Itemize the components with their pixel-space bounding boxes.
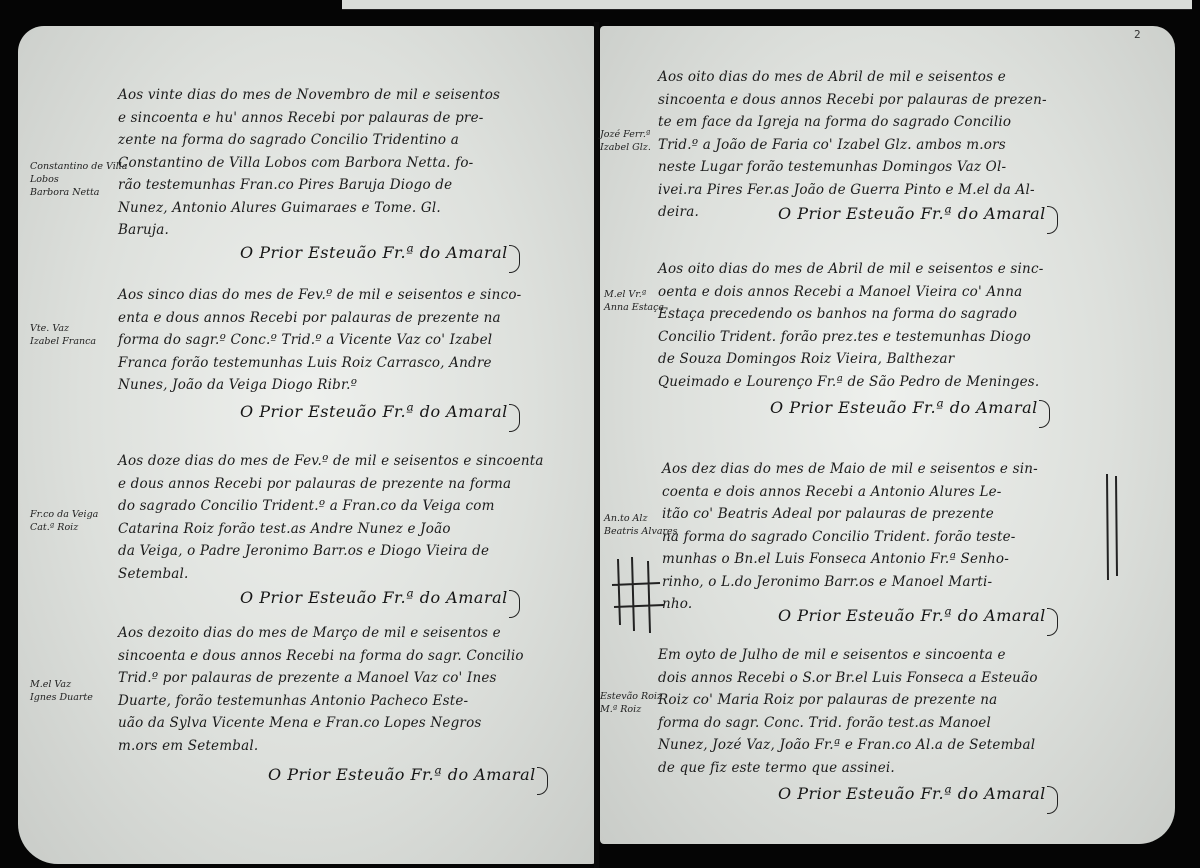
entry-line: m.ors em Setembal. <box>118 735 524 758</box>
margin-note-line: Vte. Vaz <box>30 322 96 335</box>
margin-note: Vte. Vaz Izabel Franca <box>30 322 96 348</box>
margin-note: Fr.co da Veiga Cat.ª Roiz <box>30 508 98 534</box>
margin-note-line: Barbora Netta <box>30 186 128 199</box>
entry-line: Trid.º por palauras de prezente a Manoel… <box>118 667 524 690</box>
entry-line: Nunez, Jozé Vaz, João Fr.ª e Fran.co Al.… <box>658 734 1038 757</box>
entry-line: Em oyto de Julho de mil e seisentos e si… <box>658 644 1038 667</box>
signature: O Prior Esteuão Fr.ª do Amaral <box>240 588 508 607</box>
entry-line: zente na forma do sagrado Concilio Tride… <box>118 129 500 152</box>
margin-note: M.el Vr.ª Anna Estaça <box>604 288 664 314</box>
entry-line: dois annos Recebi o S.or Br.el Luis Fons… <box>658 667 1038 690</box>
margin-note-line: Estevão Roiz <box>600 690 662 703</box>
entry-line: do sagrado Concilio Trident.º a Fran.co … <box>118 495 544 518</box>
margin-note-line: Jozé Ferr.ª <box>600 128 651 141</box>
entry-line: Baruja. <box>118 219 500 242</box>
margin-note: Constantino de Villa Lobos Barbora Netta <box>30 160 128 199</box>
margin-note-line: Lobos <box>30 173 128 186</box>
entry-line: Nunes, João da Veiga Diogo Ribr.º <box>118 374 521 397</box>
entry-line: munhas o Bn.el Luis Fonseca Antonio Fr.ª… <box>662 548 1038 571</box>
entry-line: Aos oito dias do mes de Abril de mil e s… <box>658 258 1043 281</box>
register-entry: Aos sinco dias do mes de Fev.º de mil e … <box>118 284 521 397</box>
entry-line: Trid.º a João de Faria co' Izabel Glz. a… <box>658 134 1047 157</box>
entry-line: Aos dezoito dias do mes de Março de mil … <box>118 622 524 645</box>
register-entry: Aos vinte dias do mes de Novembro de mil… <box>118 84 500 242</box>
register-entry: Aos dez dias do mes de Maio de mil e sei… <box>662 458 1038 616</box>
entry-line: Aos sinco dias do mes de Fev.º de mil e … <box>118 284 521 307</box>
entry-line: Duarte, forão testemunhas Antonio Pachec… <box>118 690 524 713</box>
entry-line: te em face da Igreja na forma do sagrado… <box>658 111 1047 134</box>
register-entry: Aos oito dias do mes de Abril de mil e s… <box>658 66 1047 224</box>
signature: O Prior Esteuão Fr.ª do Amaral <box>240 243 508 262</box>
entry-line: rão testemunhas Fran.co Pires Baruja Dio… <box>118 174 500 197</box>
margin-note-line: Constantino de Villa <box>30 160 128 173</box>
margin-note: Jozé Ferr.ª Izabel Glz. <box>600 128 651 154</box>
double-bar-mark <box>1103 472 1121 582</box>
entry-line: rinho, o L.do Jeronimo Barr.os e Manoel … <box>662 571 1038 594</box>
margin-note-line: M.ª Roiz <box>600 703 662 716</box>
entry-line: forma do sagr.º Conc.º Trid.º a Vicente … <box>118 329 521 352</box>
margin-note-line: Fr.co da Veiga <box>30 508 98 521</box>
signature: O Prior Esteuão Fr.ª do Amaral <box>778 606 1046 625</box>
entry-line: da Veiga, o Padre Jeronimo Barr.os e Dio… <box>118 540 544 563</box>
signature: O Prior Esteuão Fr.ª do Amaral <box>770 398 1038 417</box>
entry-line: Estaça precedendo os banhos na forma do … <box>658 303 1043 326</box>
scan-top-strip <box>342 0 1192 10</box>
entry-line: uão da Sylva Vicente Mena e Fran.co Lope… <box>118 712 524 735</box>
margin-note-line: Anna Estaça <box>604 301 664 314</box>
signature: O Prior Esteuão Fr.ª do Amaral <box>240 402 508 421</box>
signature: O Prior Esteuão Fr.ª do Amaral <box>778 784 1046 803</box>
entry-line: Franca forão testemunhas Luis Roiz Carra… <box>118 352 521 375</box>
margin-note-line: Ignes Duarte <box>30 691 93 704</box>
entry-line: de Souza Domingos Roiz Vieira, Balthezar <box>658 348 1043 371</box>
entry-line: enta e dous annos Recebi por palauras de… <box>118 307 521 330</box>
entry-line: Concilio Trident. forão prez.tes e teste… <box>658 326 1043 349</box>
margin-note-line: M.el Vr.ª <box>604 288 664 301</box>
entry-line: Aos doze dias do mes de Fev.º de mil e s… <box>118 450 544 473</box>
margin-note-line: Izabel Glz. <box>600 141 651 154</box>
entry-line: forma do sagr. Conc. Trid. forão test.as… <box>658 712 1038 735</box>
margin-note-line: M.el Vaz <box>30 678 93 691</box>
page-number: 2 <box>1134 28 1141 41</box>
entry-line: Aos dez dias do mes de Maio de mil e sei… <box>662 458 1038 481</box>
entry-line: na forma do sagrado Concilio Trident. fo… <box>662 526 1038 549</box>
entry-line: neste Lugar forão testemunhas Domingos V… <box>658 156 1047 179</box>
entry-line: Setembal. <box>118 563 544 586</box>
entry-line: itão co' Beatris Adeal por palauras de p… <box>662 503 1038 526</box>
entry-line: de que fiz este termo que assinei. <box>658 757 1038 780</box>
entry-line: Aos vinte dias do mes de Novembro de mil… <box>118 84 500 107</box>
entry-line: Catarina Roiz forão test.as Andre Nunez … <box>118 518 544 541</box>
tally-grid-mark <box>610 555 666 635</box>
entry-line: coenta e dois annos Recebi a Antonio Alu… <box>662 481 1038 504</box>
entry-line: sincoenta e dous annos Recebi por palaur… <box>658 89 1047 112</box>
book-gutter <box>594 22 599 868</box>
margin-note-line: Izabel Franca <box>30 335 96 348</box>
entry-line: Nunez, Antonio Alures Guimaraes e Tome. … <box>118 197 500 220</box>
entry-line: oenta e dois annos Recebi a Manoel Vieir… <box>658 281 1043 304</box>
signature: O Prior Esteuão Fr.ª do Amaral <box>778 204 1046 223</box>
entry-line: Constantino de Villa Lobos com Barbora N… <box>118 152 500 175</box>
margin-note: Estevão Roiz M.ª Roiz <box>600 690 662 716</box>
entry-line: e sincoenta e hu' annos Recebi por palau… <box>118 107 500 130</box>
margin-note-line: Cat.ª Roiz <box>30 521 98 534</box>
signature: O Prior Esteuão Fr.ª do Amaral <box>268 765 536 784</box>
register-entry: Aos dezoito dias do mes de Março de mil … <box>118 622 524 757</box>
entry-line: Roiz co' Maria Roiz por palauras de prez… <box>658 689 1038 712</box>
register-entry: Aos oito dias do mes de Abril de mil e s… <box>658 258 1043 393</box>
margin-note: M.el Vaz Ignes Duarte <box>30 678 93 704</box>
register-entry: Em oyto de Julho de mil e seisentos e si… <box>658 644 1038 779</box>
entry-line: ivei.ra Pires Fer.as João de Guerra Pint… <box>658 179 1047 202</box>
entry-line: sincoenta e dous annos Recebi na forma d… <box>118 645 524 668</box>
entry-line: Queimado e Lourenço Fr.ª de São Pedro de… <box>658 371 1043 394</box>
register-entry: Aos doze dias do mes de Fev.º de mil e s… <box>118 450 544 585</box>
entry-line: Aos oito dias do mes de Abril de mil e s… <box>658 66 1047 89</box>
entry-line: e dous annos Recebi por palauras de prez… <box>118 473 544 496</box>
